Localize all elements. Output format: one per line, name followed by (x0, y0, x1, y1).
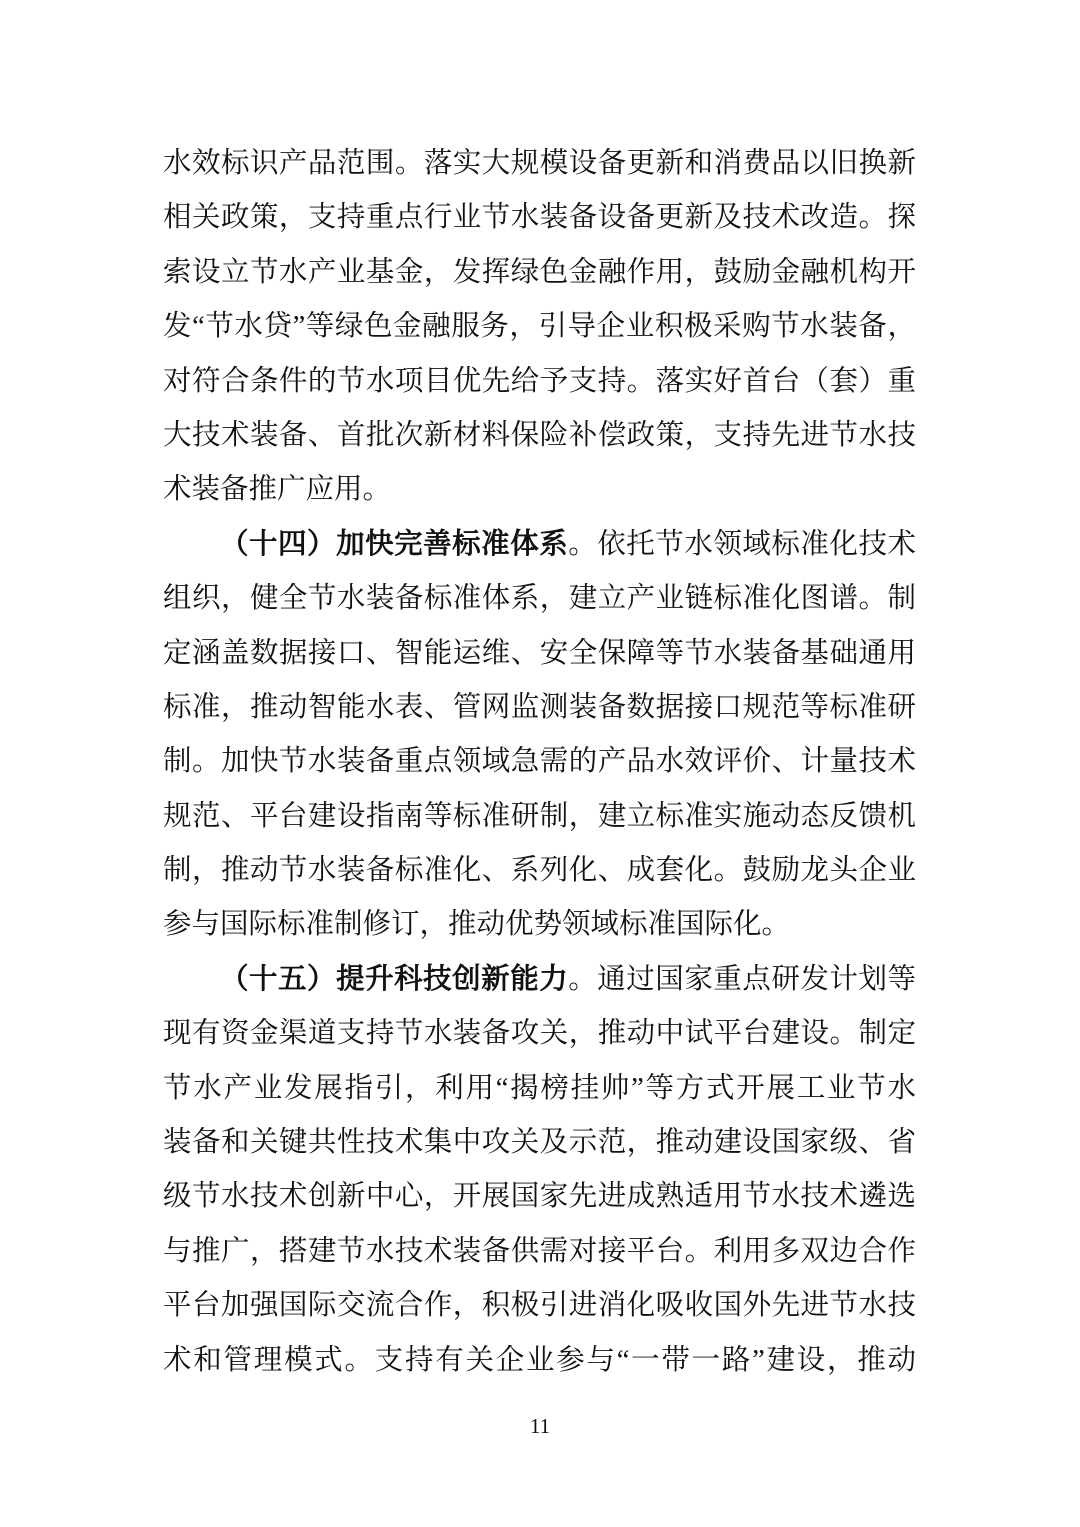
body-text: 。通过国家重点研发计划等 (568, 964, 916, 995)
text-line: 大技术装备、首批次新材料保险补偿政策，支持先进节水技 (163, 409, 916, 463)
body-text: 。依托节水领域标准化技术 (568, 529, 916, 560)
text-line: 术装备推广应用。 (163, 463, 916, 517)
para-14-improve-standards-system: （十四）加快完善标准体系。依托节水领域标准化技术组织，健全节水装备标准体系，建立… (163, 518, 916, 953)
body-text: 参与国际标准制修订，推动优势领域标准国际化。 (163, 909, 790, 940)
body-text: 水效标识产品范围。落实大规模设备更新和消费品以旧换新 (163, 148, 916, 179)
document-page: 水效标识产品范围。落实大规模设备更新和消费品以旧换新相关政策，支持重点行业节水装… (0, 0, 1080, 1527)
body-text: 发“节水贷”等绿色金融服务，引导企业积极采购节水装备， (163, 311, 916, 342)
text-line: 对符合条件的节水项目优先给予支持。落实好首台（套）重 (163, 355, 916, 409)
body-text: 制。加快节水装备重点领域急需的产品水效评价、计量技术 (163, 746, 916, 777)
body-text: 现有资金渠道支持节水装备攻关，推动中试平台建设。制定 (163, 1018, 916, 1049)
text-line: 制。加快节水装备重点领域急需的产品水效评价、计量技术 (163, 735, 916, 789)
text-block: 水效标识产品范围。落实大规模设备更新和消费品以旧换新相关政策，支持重点行业节水装… (163, 137, 916, 1388)
section-heading-text: （十五）提升科技创新能力 (220, 964, 568, 995)
body-text: 级节水技术创新中心，开展国家先进成熟适用节水技术遴选 (163, 1181, 916, 1212)
text-line: 发“节水贷”等绿色金融服务，引导企业积极采购节水装备， (163, 300, 916, 354)
body-text: 节水产业发展指引，利用“揭榜挂帅”等方式开展工业节水 (163, 1073, 916, 1104)
text-line: 节水产业发展指引，利用“揭榜挂帅”等方式开展工业节水 (163, 1062, 916, 1116)
text-line: 现有资金渠道支持节水装备攻关，推动中试平台建设。制定 (163, 1007, 916, 1061)
body-text: 对符合条件的节水项目优先给予支持。落实好首台（套）重 (163, 366, 916, 397)
body-text: 平台加强国际交流合作，积极引进消化吸收国外先进节水技 (163, 1290, 916, 1321)
text-line: 术和管理模式。支持有关企业参与“一带一路”建设，推动 (163, 1334, 916, 1388)
body-text: 与推广，搭建节水技术装备供需对接平台。利用多双边合作 (163, 1236, 916, 1267)
text-line: 参与国际标准制修订，推动优势领域标准国际化。 (163, 898, 916, 952)
body-text: 定涵盖数据接口、智能运维、安全保障等节水装备基础通用 (163, 638, 916, 669)
text-line: 与推广，搭建节水技术装备供需对接平台。利用多双边合作 (163, 1225, 916, 1279)
text-line: 水效标识产品范围。落实大规模设备更新和消费品以旧换新 (163, 137, 916, 191)
body-text: 大技术装备、首批次新材料保险补偿政策，支持先进节水技 (163, 420, 916, 451)
body-text: 索设立节水产业基金，发挥绿色金融作用，鼓励金融机构开 (163, 257, 916, 288)
text-line: 级节水技术创新中心，开展国家先进成熟适用节水技术遴选 (163, 1170, 916, 1224)
text-line: 定涵盖数据接口、智能运维、安全保障等节水装备基础通用 (163, 627, 916, 681)
text-line: 相关政策，支持重点行业节水装备设备更新及技术改造。探 (163, 191, 916, 245)
body-text: 相关政策，支持重点行业节水装备设备更新及技术改造。探 (163, 202, 916, 233)
body-text: 标准，推动智能水表、管网监测装备数据接口规范等标准研 (163, 692, 916, 723)
text-line: 制，推动节水装备标准化、系列化、成套化。鼓励龙头企业 (163, 844, 916, 898)
para-15-boost-sci-tech-innovation: （十五）提升科技创新能力。通过国家重点研发计划等现有资金渠道支持节水装备攻关，推… (163, 953, 916, 1388)
text-line: 组织，健全节水装备标准体系，建立产业链标准化图谱。制 (163, 572, 916, 626)
text-line: （十五）提升科技创新能力。通过国家重点研发计划等 (163, 953, 916, 1007)
text-line: 规范、平台建设指南等标准研制，建立标准实施动态反馈机 (163, 790, 916, 844)
text-line: 平台加强国际交流合作，积极引进消化吸收国外先进节水技 (163, 1279, 916, 1333)
body-text: 组织，健全节水装备标准体系，建立产业链标准化图谱。制 (163, 583, 916, 614)
body-text: 术装备推广应用。 (163, 474, 391, 505)
text-line: （十四）加快完善标准体系。依托节水领域标准化技术 (163, 518, 916, 572)
para-incentive-policies-continuation: 水效标识产品范围。落实大规模设备更新和消费品以旧换新相关政策，支持重点行业节水装… (163, 137, 916, 518)
text-line: 索设立节水产业基金，发挥绿色金融作用，鼓励金融机构开 (163, 246, 916, 300)
text-line: 标准，推动智能水表、管网监测装备数据接口规范等标准研 (163, 681, 916, 735)
body-text: 制，推动节水装备标准化、系列化、成套化。鼓励龙头企业 (163, 855, 916, 886)
section-heading-text: （十四）加快完善标准体系 (220, 529, 568, 560)
text-line: 装备和关键共性技术集中攻关及示范，推动建设国家级、省 (163, 1116, 916, 1170)
body-text: 装备和关键共性技术集中攻关及示范，推动建设国家级、省 (163, 1127, 916, 1158)
page-number: 11 (0, 1410, 1080, 1442)
body-text: 术和管理模式。支持有关企业参与“一带一路”建设，推动 (163, 1345, 916, 1376)
body-text: 规范、平台建设指南等标准研制，建立标准实施动态反馈机 (163, 801, 916, 832)
